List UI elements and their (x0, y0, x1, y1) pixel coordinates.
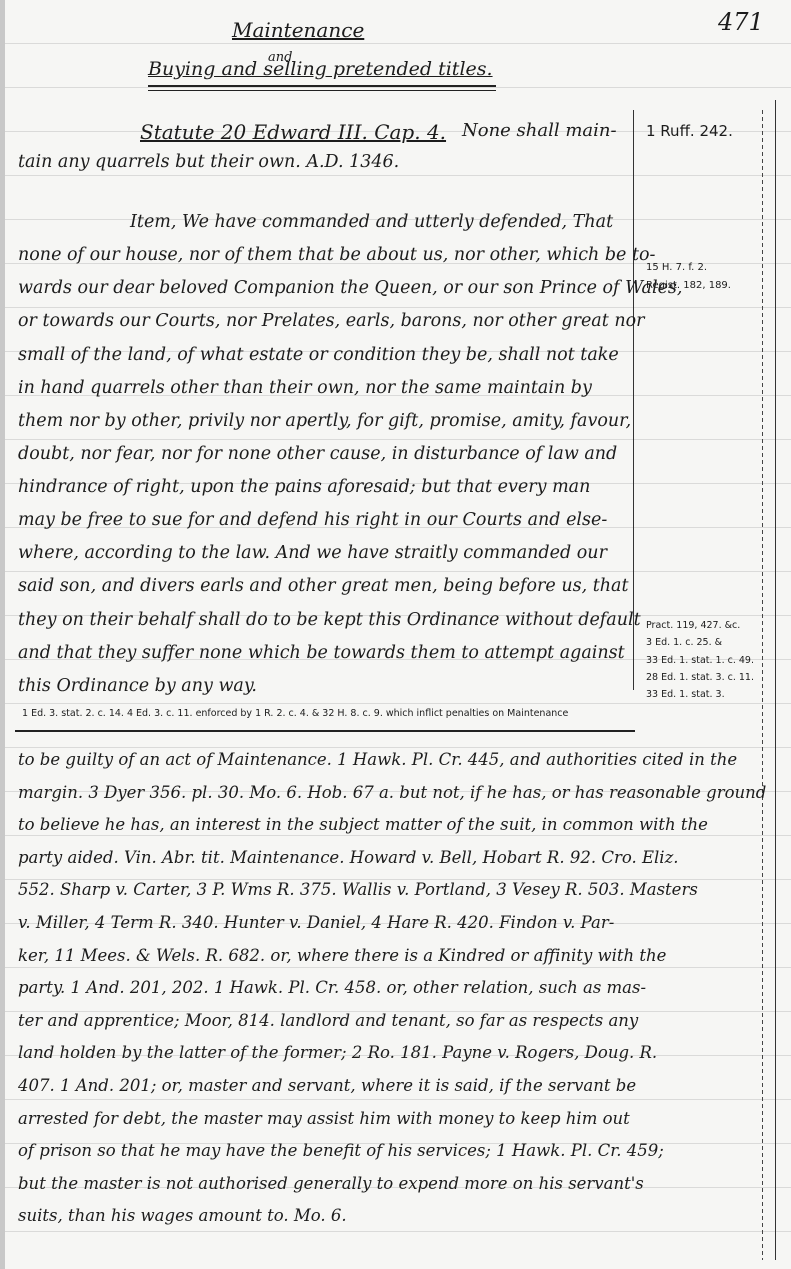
margin-citation: 3 Ed. 1. c. 25. & (646, 637, 722, 648)
commentary-line: suits, than his wages amount to. Mo. 6. (18, 1206, 347, 1225)
section-divider (15, 730, 635, 732)
statute-line: them nor by other, privily nor apertly, … (18, 411, 631, 431)
margin-citation: 33 Ed. 1. stat. 1. c. 49. (646, 655, 754, 666)
commentary-line: party. 1 And. 201, 202. 1 Hawk. Pl. Cr. … (18, 978, 646, 997)
manuscript-page: 471 Maintenance and Buying and selling p… (0, 0, 791, 1269)
commentary-line: of prison so that he may have the benefi… (18, 1141, 664, 1160)
statute-line: hindrance of right, upon the pains afore… (18, 477, 590, 497)
statute-line: none of our house, nor of them that be a… (18, 245, 655, 265)
margin-citation: 1 Ruff. 242. (646, 122, 733, 140)
commentary-line: ter and apprentice; Moor, 814. landlord … (18, 1011, 638, 1030)
margin-citation: Pract. 119, 427. &c. (646, 620, 740, 631)
commentary-line: margin. 3 Dyer 356. pl. 30. Mo. 6. Hob. … (18, 783, 766, 802)
statute-line: where, according to the law. And we have… (18, 543, 607, 563)
margin-citation: 15 H. 7. f. 2. (646, 262, 707, 273)
margin-citation: Regist. 182, 189. (646, 280, 731, 291)
page-subtitle: Buying and selling pretended titles. (148, 58, 493, 80)
statute-line: in hand quarrels other than their own, n… (18, 378, 592, 398)
commentary-line: 552. Sharp v. Carter, 3 P. Wms R. 375. W… (18, 880, 698, 899)
page-title: Maintenance (232, 18, 364, 42)
statute-line: they on their behalf shall do to be kept… (18, 610, 641, 630)
statute-continuation: None shall main- (462, 120, 617, 141)
commentary-line: but the master is not authorised general… (18, 1174, 644, 1193)
statute-line: small of the land, of what estate or con… (18, 345, 619, 365)
commentary-line: to believe he has, an interest in the su… (18, 815, 708, 834)
margin-citation: 28 Ed. 1. stat. 3. c. 11. (646, 672, 754, 683)
page-edge-rule (775, 100, 776, 1260)
scan-edge (0, 0, 5, 1269)
statute-line: said son, and divers earls and other gre… (18, 576, 629, 596)
statute-line: or towards our Courts, nor Prelates, ear… (18, 311, 645, 331)
statute-line: doubt, nor fear, nor for none other caus… (18, 444, 617, 464)
statute-continuation-line: tain any quarrels but their own. A.D. 13… (18, 152, 399, 172)
commentary-line: 407. 1 And. 201; or, master and servant,… (18, 1076, 636, 1095)
statute-heading: Statute 20 Edward III. Cap. 4. (140, 120, 446, 144)
commentary-line: to be guilty of an act of Maintenance. 1… (18, 750, 737, 769)
statute-line: Item, We have commanded and utterly defe… (130, 212, 613, 232)
statute-line: wards our dear beloved Companion the Que… (18, 278, 682, 298)
commentary-line: party aided. Vin. Abr. tit. Maintenance.… (18, 848, 679, 867)
margin-citation: 33 Ed. 1. stat. 3. (646, 689, 725, 700)
statute-line: this Ordinance by any way. (18, 676, 257, 696)
page-number: 471 (718, 8, 764, 36)
commentary-line: ker, 11 Mees. & Wels. R. 682. or, where … (18, 946, 666, 965)
margin-rule-right (762, 110, 763, 1260)
statute-line: and that they suffer none which be towar… (18, 643, 625, 663)
commentary-line: arrested for debt, the master may assist… (18, 1109, 630, 1128)
title-double-rule (148, 85, 496, 91)
commentary-line: v. Miller, 4 Term R. 340. Hunter v. Dani… (18, 913, 614, 932)
margin-rule-left (633, 110, 634, 690)
footnote: 1 Ed. 3. stat. 2. c. 14. 4 Ed. 3. c. 11.… (22, 708, 568, 719)
commentary-line: land holden by the latter of the former;… (18, 1043, 657, 1062)
statute-line: may be free to sue for and defend his ri… (18, 510, 607, 530)
